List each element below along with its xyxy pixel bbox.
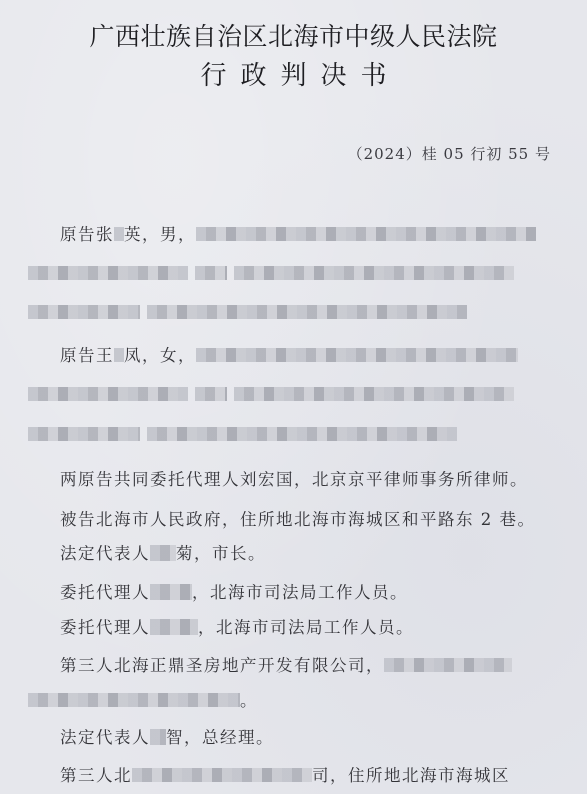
defendant: 被告北海市人民政府，住所地北海市海城区和平路东 2 巷。 — [60, 509, 536, 531]
judgment-page: 广西壮族自治区北海市中级人民法院 行政判决书 （2024）桂 05 行初 55 … — [0, 0, 587, 794]
legal-rep-label: 法定代表人 — [60, 728, 150, 747]
defendant-legal-rep: 法定代表人菊，市长。 — [60, 543, 266, 565]
third-party1-address-end: 。 — [240, 691, 258, 710]
redaction-block — [147, 305, 467, 319]
redaction-block — [234, 266, 514, 280]
document-type-title: 行政判决书 — [0, 60, 587, 92]
redaction-block — [196, 348, 518, 362]
defendant-agent1: 委托代理人，北海市司法局工作人员。 — [60, 582, 408, 604]
redaction-block — [195, 266, 227, 280]
plaintiff2-line2 — [28, 384, 514, 406]
third-party2-line1: 第三人北司，住所地北海市海城区 — [60, 765, 510, 787]
plaintiff1-line1: 原告张英，男， — [60, 224, 536, 246]
legal-rep-title: 菊，市长。 — [176, 544, 266, 563]
redaction-block — [114, 348, 124, 362]
redaction-block — [28, 387, 188, 401]
redaction-block — [150, 545, 176, 561]
redaction-block — [150, 729, 166, 745]
agent-affiliation: ，北海市司法局工作人员。 — [192, 583, 408, 602]
plaintiff1-gender: 英，男， — [124, 225, 196, 244]
court-name: 广西壮族自治区北海市中级人民法院 — [0, 22, 587, 52]
legal-rep-label: 法定代表人 — [60, 544, 150, 563]
case-number: （2024）桂 05 行初 55 号 — [348, 143, 551, 165]
redaction-block — [28, 427, 140, 441]
third-party1-name: 第三人北海正鼎圣房地产开发有限公司， — [60, 656, 384, 675]
plaintiff1-line3 — [28, 302, 467, 324]
defendant-agent2: 委托代理人，北海市司法局工作人员。 — [60, 617, 414, 639]
plaintiffs-agent: 两原告共同委托代理人刘宏国，北京京平律师事务所律师。 — [60, 469, 528, 491]
plaintiff2-gender: 凤，女， — [124, 346, 196, 365]
plaintiff1-line2 — [28, 263, 514, 285]
redaction-block — [384, 658, 512, 672]
redaction-block — [196, 227, 536, 241]
redaction-block — [28, 305, 140, 319]
third-party1-legal-rep: 法定代表人智，总经理。 — [60, 727, 274, 749]
agent-label: 委托代理人 — [60, 583, 150, 602]
redaction-block — [147, 427, 457, 441]
plaintiff1-prefix: 原告张 — [60, 225, 114, 244]
agent-label: 委托代理人 — [60, 618, 150, 637]
redaction-block — [234, 387, 514, 401]
third-party1-line2: 。 — [28, 690, 258, 712]
third-party2-prefix: 第三人北 — [60, 766, 132, 785]
redaction-block — [195, 387, 227, 401]
redaction-block — [114, 227, 124, 241]
redaction-block — [150, 584, 192, 600]
third-party2-address: 司，住所地北海市海城区 — [312, 766, 510, 785]
third-party1-line1: 第三人北海正鼎圣房地产开发有限公司， — [60, 655, 512, 677]
plaintiff2-prefix: 原告王 — [60, 346, 114, 365]
redaction-block — [150, 619, 198, 635]
agent-affiliation: ，北海市司法局工作人员。 — [198, 618, 414, 637]
redaction-block — [132, 768, 312, 782]
redaction-block — [28, 693, 240, 707]
redaction-block — [28, 266, 188, 280]
plaintiff2-line3 — [28, 424, 457, 446]
legal-rep-title: 智，总经理。 — [166, 728, 274, 747]
plaintiff2-line1: 原告王凤，女， — [60, 345, 518, 367]
